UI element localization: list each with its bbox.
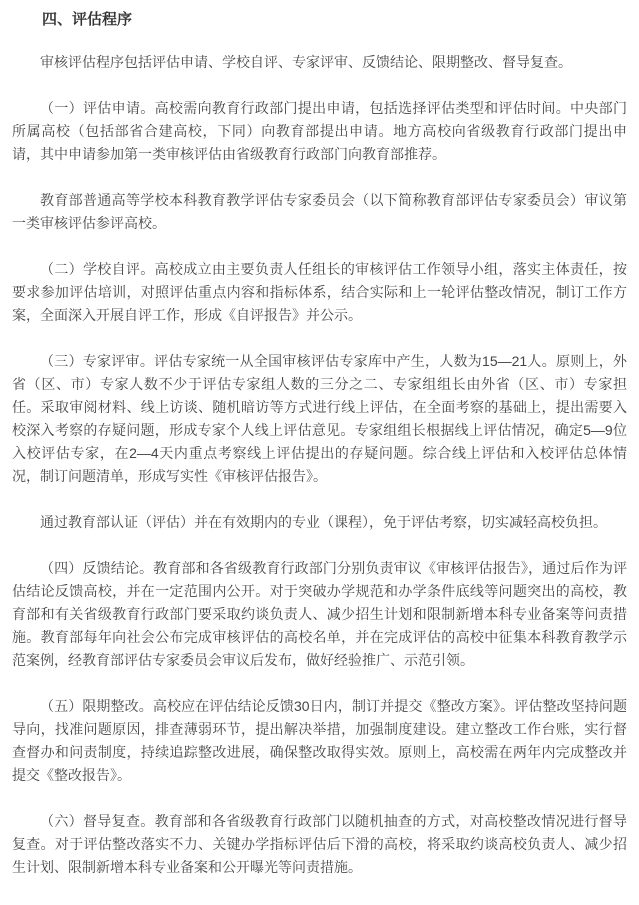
paragraph-committee-review: 教育部普通高等学校本科教育教学评估专家委员会（以下简称教育部评估专家委员会）审议… (12, 189, 627, 235)
paragraph-rectification-deadline: （五）限期整改。高校应在评估结论反馈30日内，制订并提交《整改方案》。评估整改坚… (12, 695, 627, 787)
document-body: 四、评估程序 审核评估程序包括评估申请、学校自评、专家评审、反馈结论、限期整改、… (0, 0, 639, 879)
paragraph-supervision-recheck: （六）督导复查。教育部和各省级教育行政部门以随机抽查的方式，对高校整改情况进行督… (12, 810, 627, 879)
paragraph-feedback-conclusion: （四）反馈结论。教育部和各省级教育行政部门分别负责审议《审核评估报告》，通过后作… (12, 557, 627, 672)
section-title: 四、评估程序 (12, 9, 627, 30)
paragraph-evaluation-application: （一）评估申请。高校需向教育行政部门提出申请，包括选择评估类型和评估时间。中央部… (12, 97, 627, 166)
paragraph-overview: 审核评估程序包括评估申请、学校自评、专家评审、反馈结论、限期整改、督导复查。 (12, 51, 627, 74)
paragraph-expert-review: （三）专家评审。评估专家统一从全国审核评估专家库中产生，人数为15—21人。原则… (12, 350, 627, 488)
paragraph-accreditation-exemption: 通过教育部认证（评估）并在有效期内的专业（课程），免于评估考察，切实减轻高校负担… (12, 511, 627, 534)
page: { "page": { "background_color": "#ffffff… (0, 0, 639, 905)
paragraph-school-self-evaluation: （二）学校自评。高校成立由主要负责人任组长的审核评估工作领导小组，落实主体责任，… (12, 258, 627, 327)
